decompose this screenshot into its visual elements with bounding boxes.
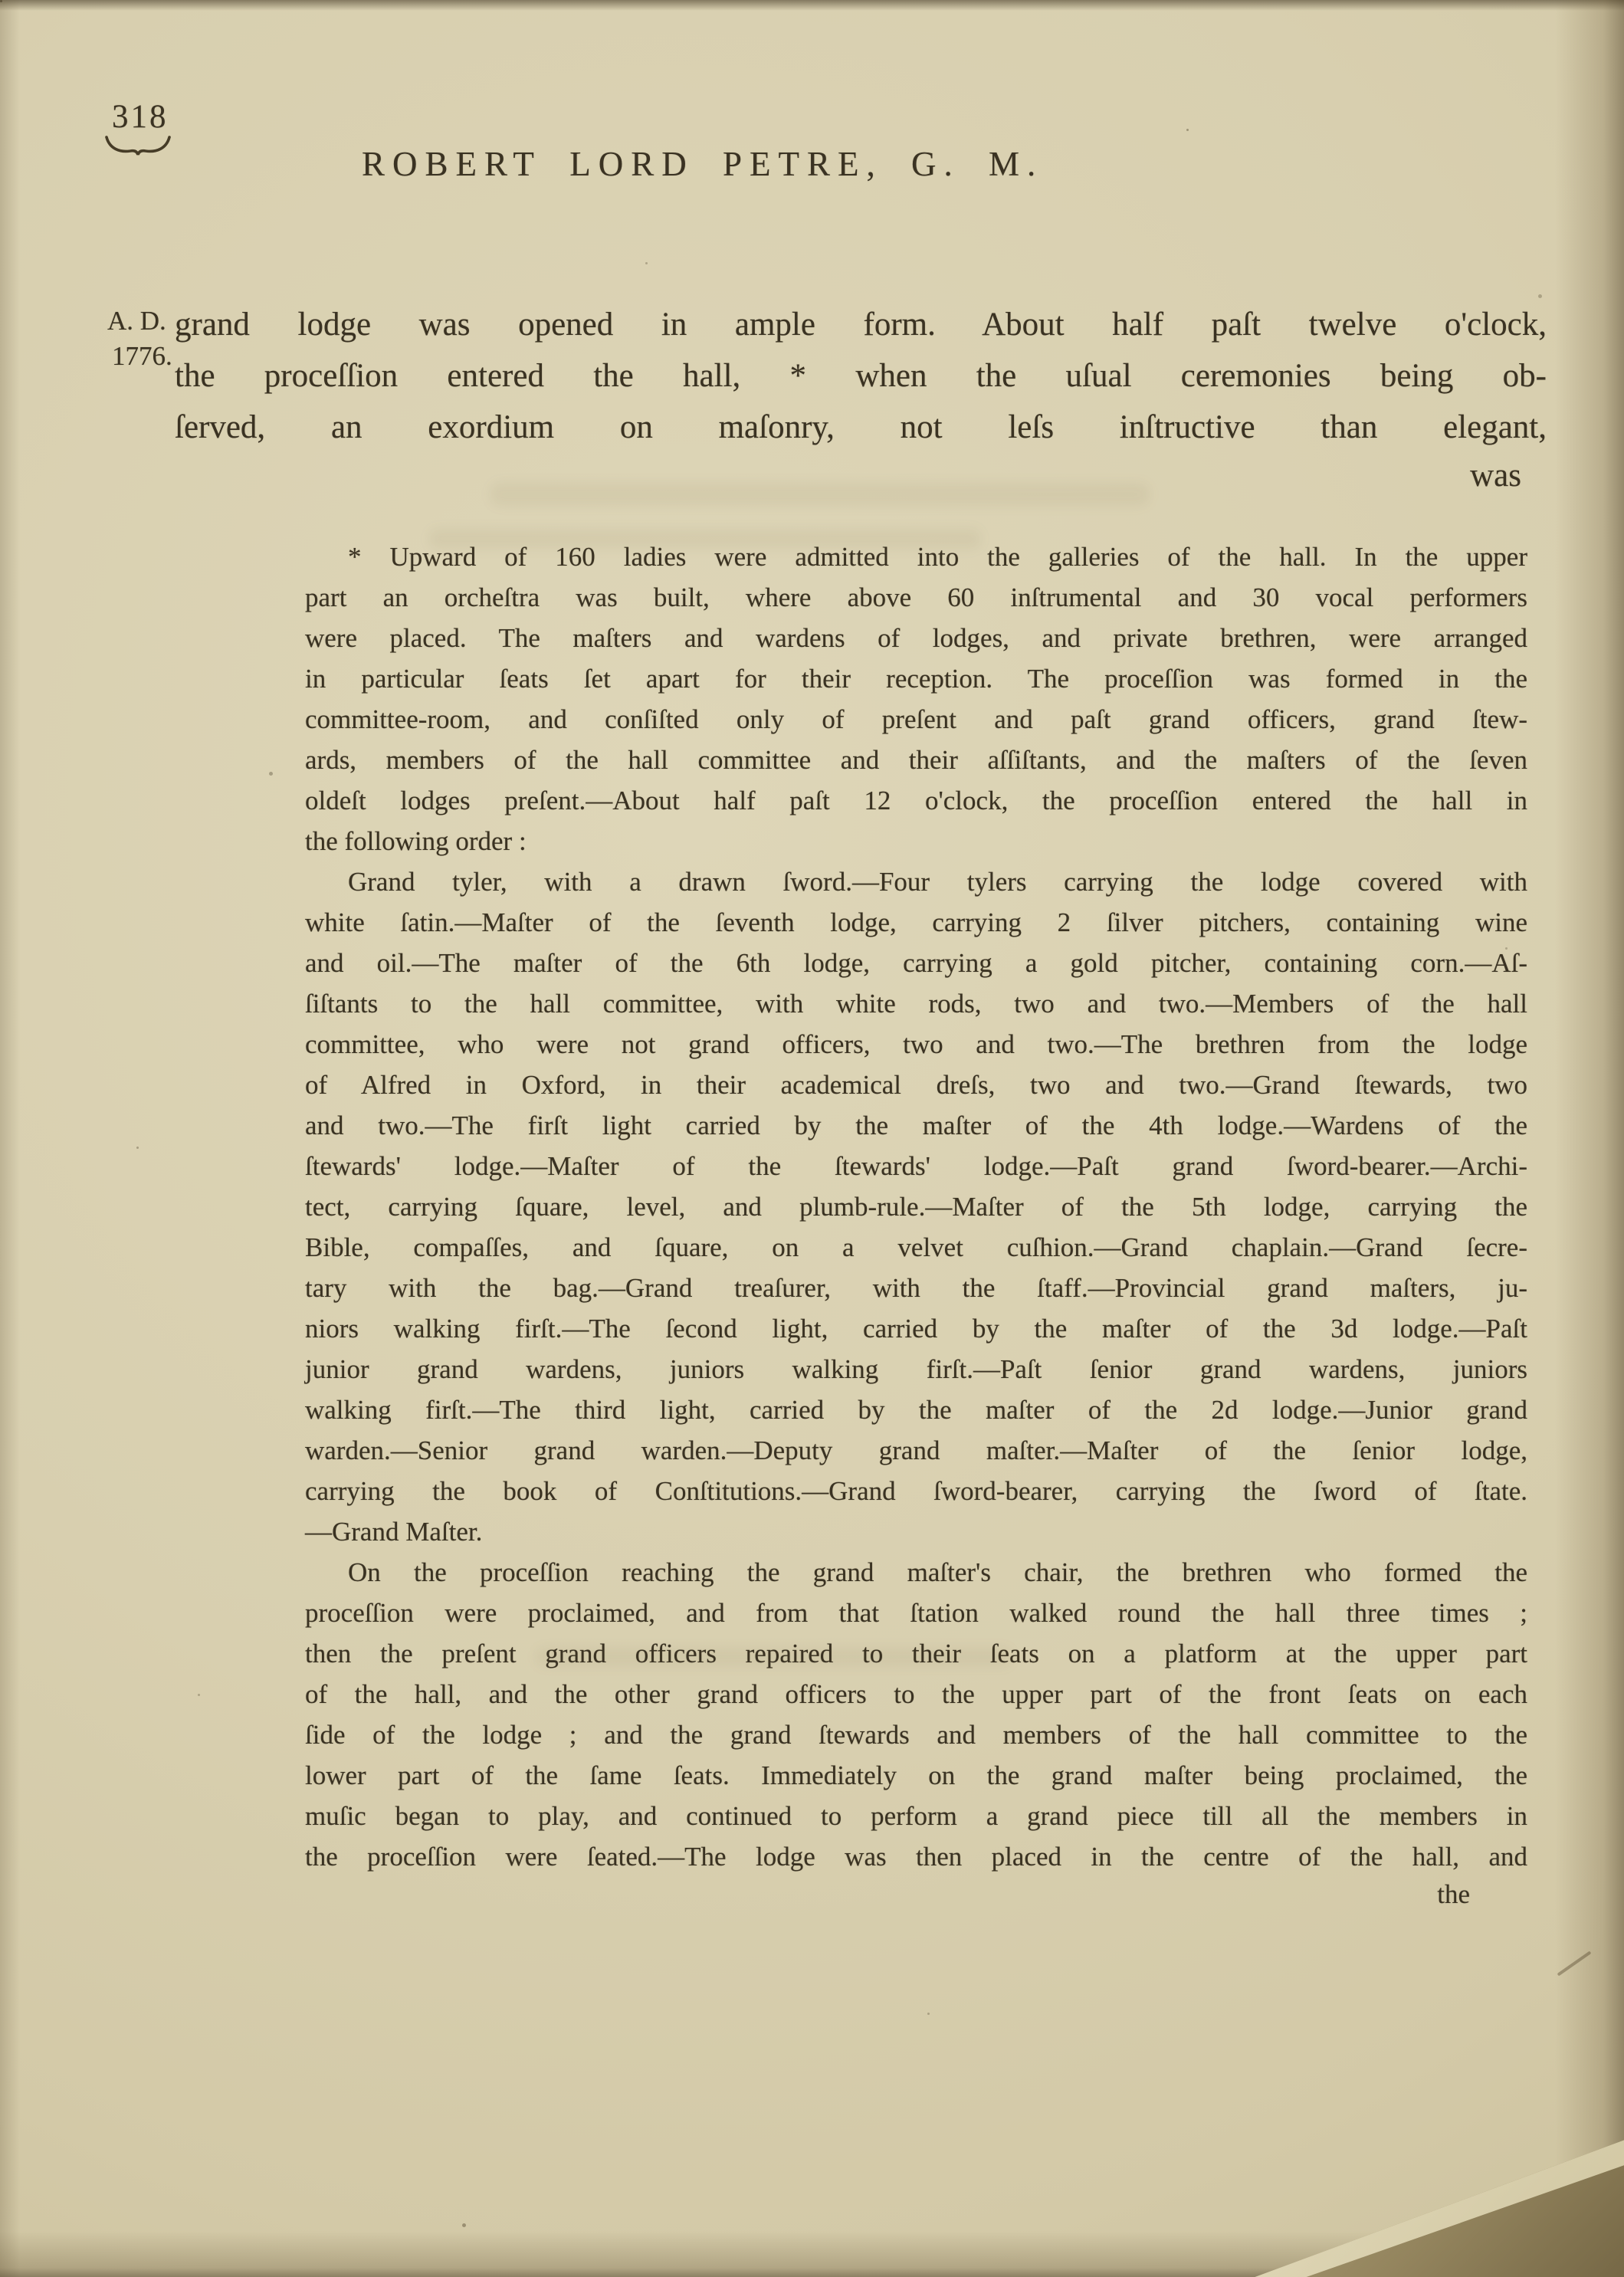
- text-line: and two.—The firſt light carried by the …: [305, 1105, 1527, 1146]
- paper-specks: [0, 0, 2, 2]
- text-line: grand lodge was opened in ample form. Ab…: [175, 299, 1547, 350]
- text-line: proceſſion were proclaimed, and from tha…: [305, 1593, 1527, 1633]
- margin-note-year: 1776.: [107, 339, 172, 374]
- text-line: Grand tyler, with a drawn ſword.—Four ty…: [305, 861, 1527, 902]
- footnote-paragraph-2: Grand tyler, with a drawn ſword.—Four ty…: [305, 861, 1527, 1552]
- text-line: of Alfred in Oxford, in their academical…: [305, 1065, 1527, 1105]
- text-line: —Grand Maſter.: [305, 1511, 1527, 1552]
- margin-note: A. D. 1776.: [107, 303, 172, 374]
- text-line: then the preſent grand officers repaired…: [305, 1633, 1527, 1674]
- text-line: niors walking firſt.—The ſecond light, c…: [305, 1308, 1527, 1349]
- text-line: ſide of the lodge ; and the grand ſtewar…: [305, 1714, 1527, 1755]
- text-line: Bible, compaſſes, and ſquare, on a velve…: [305, 1227, 1527, 1268]
- scan-edge-top: [0, 0, 1624, 11]
- text-line: the proceſſion entered the hall, * when …: [175, 350, 1547, 402]
- book-page-scan: 318 ROBERT LORD PETRE, G. M. A. D. 1776.…: [0, 0, 1624, 2277]
- text-line: ards, members of the hall committee and …: [305, 740, 1527, 780]
- page-number: 318: [112, 98, 169, 136]
- footnote-block: * Upward of 160 ladies were admitted int…: [305, 536, 1527, 1877]
- text-line: of the hall, and the other grand officer…: [305, 1674, 1527, 1714]
- text-line: ſerved, an exordium on maſonry, not leſs…: [175, 402, 1547, 453]
- catchword-main: was: [175, 457, 1521, 494]
- text-line: junior grand wardens, juniors walking fi…: [305, 1349, 1527, 1389]
- footnote-paragraph-3: On the proceſſion reaching the grand maſ…: [305, 1552, 1527, 1877]
- text-line: warden.—Senior grand warden.—Deputy gran…: [305, 1430, 1527, 1471]
- text-line: ſtewards' lodge.—Maſter of the ſtewards'…: [305, 1146, 1527, 1186]
- text-line: oldeſt lodges preſent.—About half paſt 1…: [305, 780, 1527, 821]
- main-paragraph: grand lodge was opened in ample form. Ab…: [175, 299, 1547, 453]
- scan-edge-left: [0, 0, 20, 2277]
- text-line: white ſatin.—Maſter of the ſeventh lodge…: [305, 902, 1527, 943]
- text-line: walking firſt.—The third light, carried …: [305, 1389, 1527, 1430]
- text-line: tary with the bag.—Grand treaſurer, with…: [305, 1268, 1527, 1308]
- text-line: committee-room, and conſiſted only of pr…: [305, 699, 1527, 740]
- text-line: * Upward of 160 ladies were admitted int…: [305, 536, 1527, 577]
- text-line: the proceſſion were ſeated.—The lodge wa…: [305, 1836, 1527, 1877]
- text-line: ſiſtants to the hall committee, with whi…: [305, 983, 1527, 1024]
- text-line: in particular ſeats ſet apart for their …: [305, 658, 1527, 699]
- page-number-brace-mark: [103, 135, 173, 156]
- text-line: and oil.—The maſter of the 6th lodge, ca…: [305, 943, 1527, 983]
- text-line: part an orcheſtra was built, where above…: [305, 577, 1527, 618]
- running-header: ROBERT LORD PETRE, G. M.: [362, 144, 1043, 184]
- text-line: muſic began to play, and continued to pe…: [305, 1796, 1527, 1836]
- text-line: committee, who were not grand officers, …: [305, 1024, 1527, 1065]
- text-line: lower part of the ſame ſeats. Immediatel…: [305, 1755, 1527, 1796]
- text-line: On the proceſſion reaching the grand maſ…: [305, 1552, 1527, 1593]
- margin-note-ad: A. D.: [107, 303, 172, 339]
- text-line: were placed. The maſters and wardens of …: [305, 618, 1527, 658]
- scan-edge-right: [1555, 0, 1624, 2277]
- text-line: carrying the book of Conſtitutions.—Gran…: [305, 1471, 1527, 1511]
- text-line: tect, carrying ſquare, level, and plumb-…: [305, 1186, 1527, 1227]
- footnote-paragraph-1: * Upward of 160 ladies were admitted int…: [305, 536, 1527, 861]
- text-line: the following order :: [305, 821, 1527, 861]
- catchword-footnote: the: [305, 1879, 1470, 1910]
